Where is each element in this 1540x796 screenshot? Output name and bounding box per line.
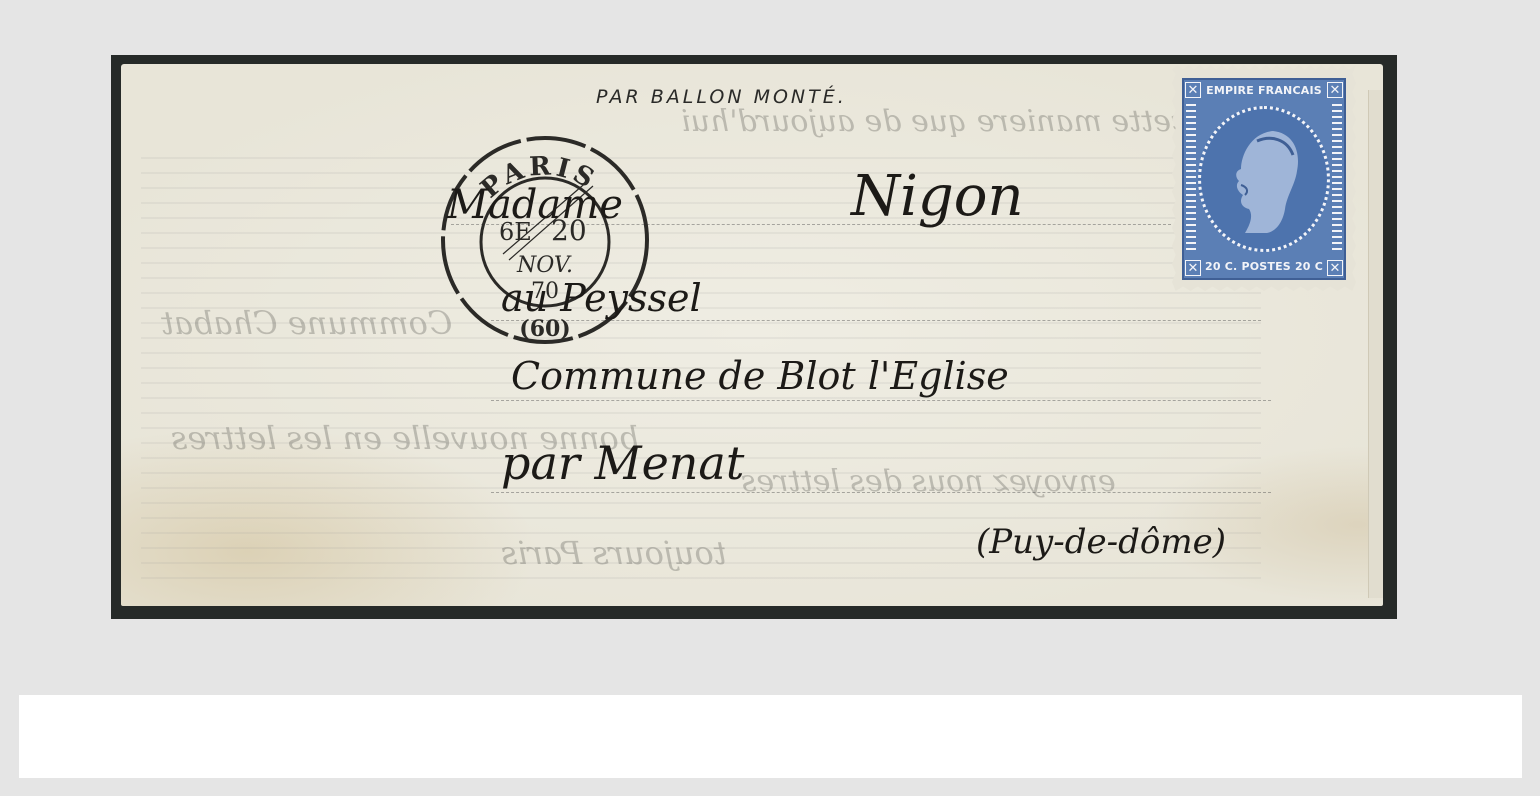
stamp-corner-x-icon: ✕ — [1185, 82, 1201, 98]
printed-header: PAR BALLON MONTÉ. — [596, 86, 847, 108]
postage-stamp: ✕ ✕ ✕ ✕ EMPIRE FRANCAIS 20 C. POSTES 20 … — [1172, 65, 1356, 291]
stamp-corner-x-icon: ✕ — [1327, 260, 1343, 276]
bleed-through-handwriting: Commune Chabat — [161, 304, 452, 342]
stamp-corner-x-icon: ✕ — [1327, 82, 1343, 98]
svg-text:NOV.: NOV. — [516, 253, 573, 278]
bleed-through-handwriting: ce cette maniere que de aujourd'hui — [681, 104, 1232, 139]
stamp-top-label: EMPIRE FRANCAIS — [1202, 82, 1326, 100]
bleed-through-handwriting: toujours Paris — [501, 534, 727, 572]
address-line-commune: Commune de Blot l'Eglise — [511, 354, 1009, 398]
stamp-medallion — [1198, 106, 1330, 252]
address-line-department: (Puy-de-dôme) — [976, 522, 1226, 562]
stamp-bottom-label: 20 C. POSTES 20 C — [1202, 258, 1326, 276]
greek-key-border-icon — [1186, 104, 1196, 254]
caption-box — [19, 695, 1522, 778]
stamp-corner-x-icon: ✕ — [1185, 260, 1201, 276]
address-line-via: par Menat — [501, 436, 744, 490]
cover-flap-edge — [1368, 90, 1383, 598]
greek-key-border-icon — [1332, 104, 1342, 254]
address-line-salutation: Madame — [447, 182, 623, 228]
address-recipient-name: Nigon — [851, 164, 1024, 229]
letter-cover: ce cette maniere que de aujourd'hui Comm… — [121, 64, 1383, 606]
address-line-locality: au Peyssel — [501, 276, 702, 320]
address-rule — [491, 492, 1271, 493]
bleed-through-handwriting: envoyez nous des lettres — [741, 464, 1116, 499]
address-rule — [491, 400, 1271, 401]
cover-photo: ce cette maniere que de aujourd'hui Comm… — [111, 55, 1397, 619]
napoleon-portrait-icon — [1227, 125, 1307, 235]
stamp-design: ✕ ✕ ✕ ✕ EMPIRE FRANCAIS 20 C. POSTES 20 … — [1182, 78, 1346, 280]
